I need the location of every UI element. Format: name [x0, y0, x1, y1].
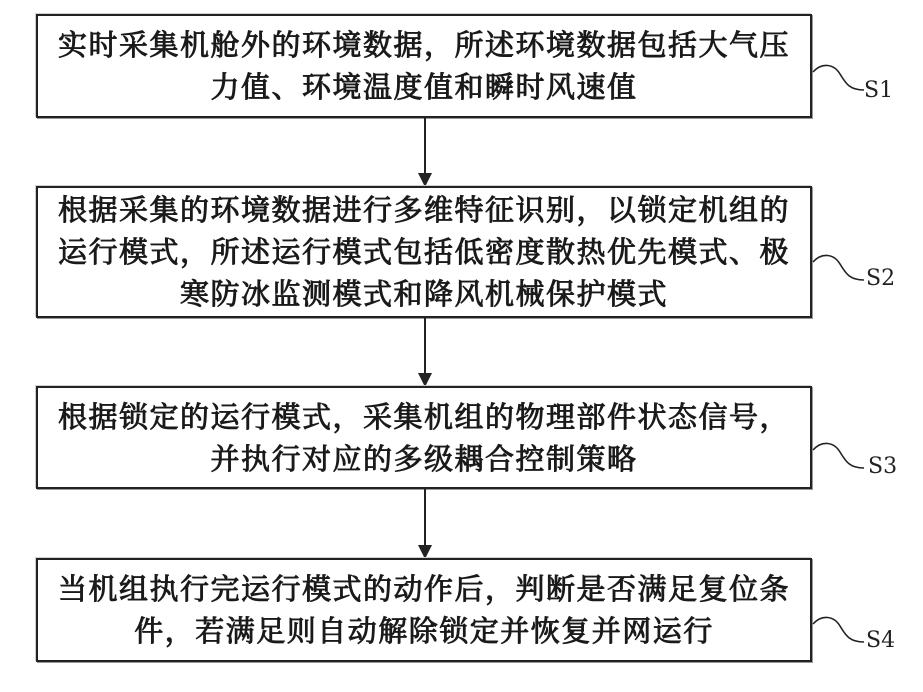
step-box-s1: 实时采集机舱外的环境数据，所述环境数据包括大气压力值、环境温度值和瞬时风速值: [36, 14, 812, 118]
step-label-s2: S2: [866, 266, 895, 291]
leader-line-s1: [812, 60, 872, 100]
step-label-s1: S1: [864, 78, 893, 103]
step-text-s4: 当机组执行完运行模式的动作后，判断是否满足复位条件，若满足则自动解除锁定并恢复并…: [52, 568, 796, 652]
leader-line-s4: [812, 612, 872, 652]
step-text-s1: 实时采集机舱外的环境数据，所述环境数据包括大气压力值、环境温度值和瞬时风速值: [52, 24, 796, 108]
arrow-s2-to-s3: [424, 318, 426, 386]
step-text-s2: 根据采集的环境数据进行多维特征识别，以锁定机组的运行模式，所述运行模式包括低密度…: [52, 189, 796, 315]
step-label-s4: S4: [866, 628, 895, 653]
step-label-s3: S3: [868, 454, 897, 479]
step-box-s2: 根据采集的环境数据进行多维特征识别，以锁定机组的运行模式，所述运行模式包括低密度…: [36, 186, 812, 318]
leader-line-s2: [812, 250, 872, 290]
step-box-s4: 当机组执行完运行模式的动作后，判断是否满足复位条件，若满足则自动解除锁定并恢复并…: [36, 558, 812, 662]
arrow-s3-to-s4: [424, 489, 426, 558]
step-box-s3: 根据锁定的运行模式，采集机组的物理部件状态信号，并执行对应的多级耦合控制策略: [36, 386, 812, 489]
arrow-s1-to-s2: [424, 118, 426, 186]
leader-line-s3: [812, 438, 872, 478]
step-text-s3: 根据锁定的运行模式，采集机组的物理部件状态信号，并执行对应的多级耦合控制策略: [52, 396, 796, 480]
